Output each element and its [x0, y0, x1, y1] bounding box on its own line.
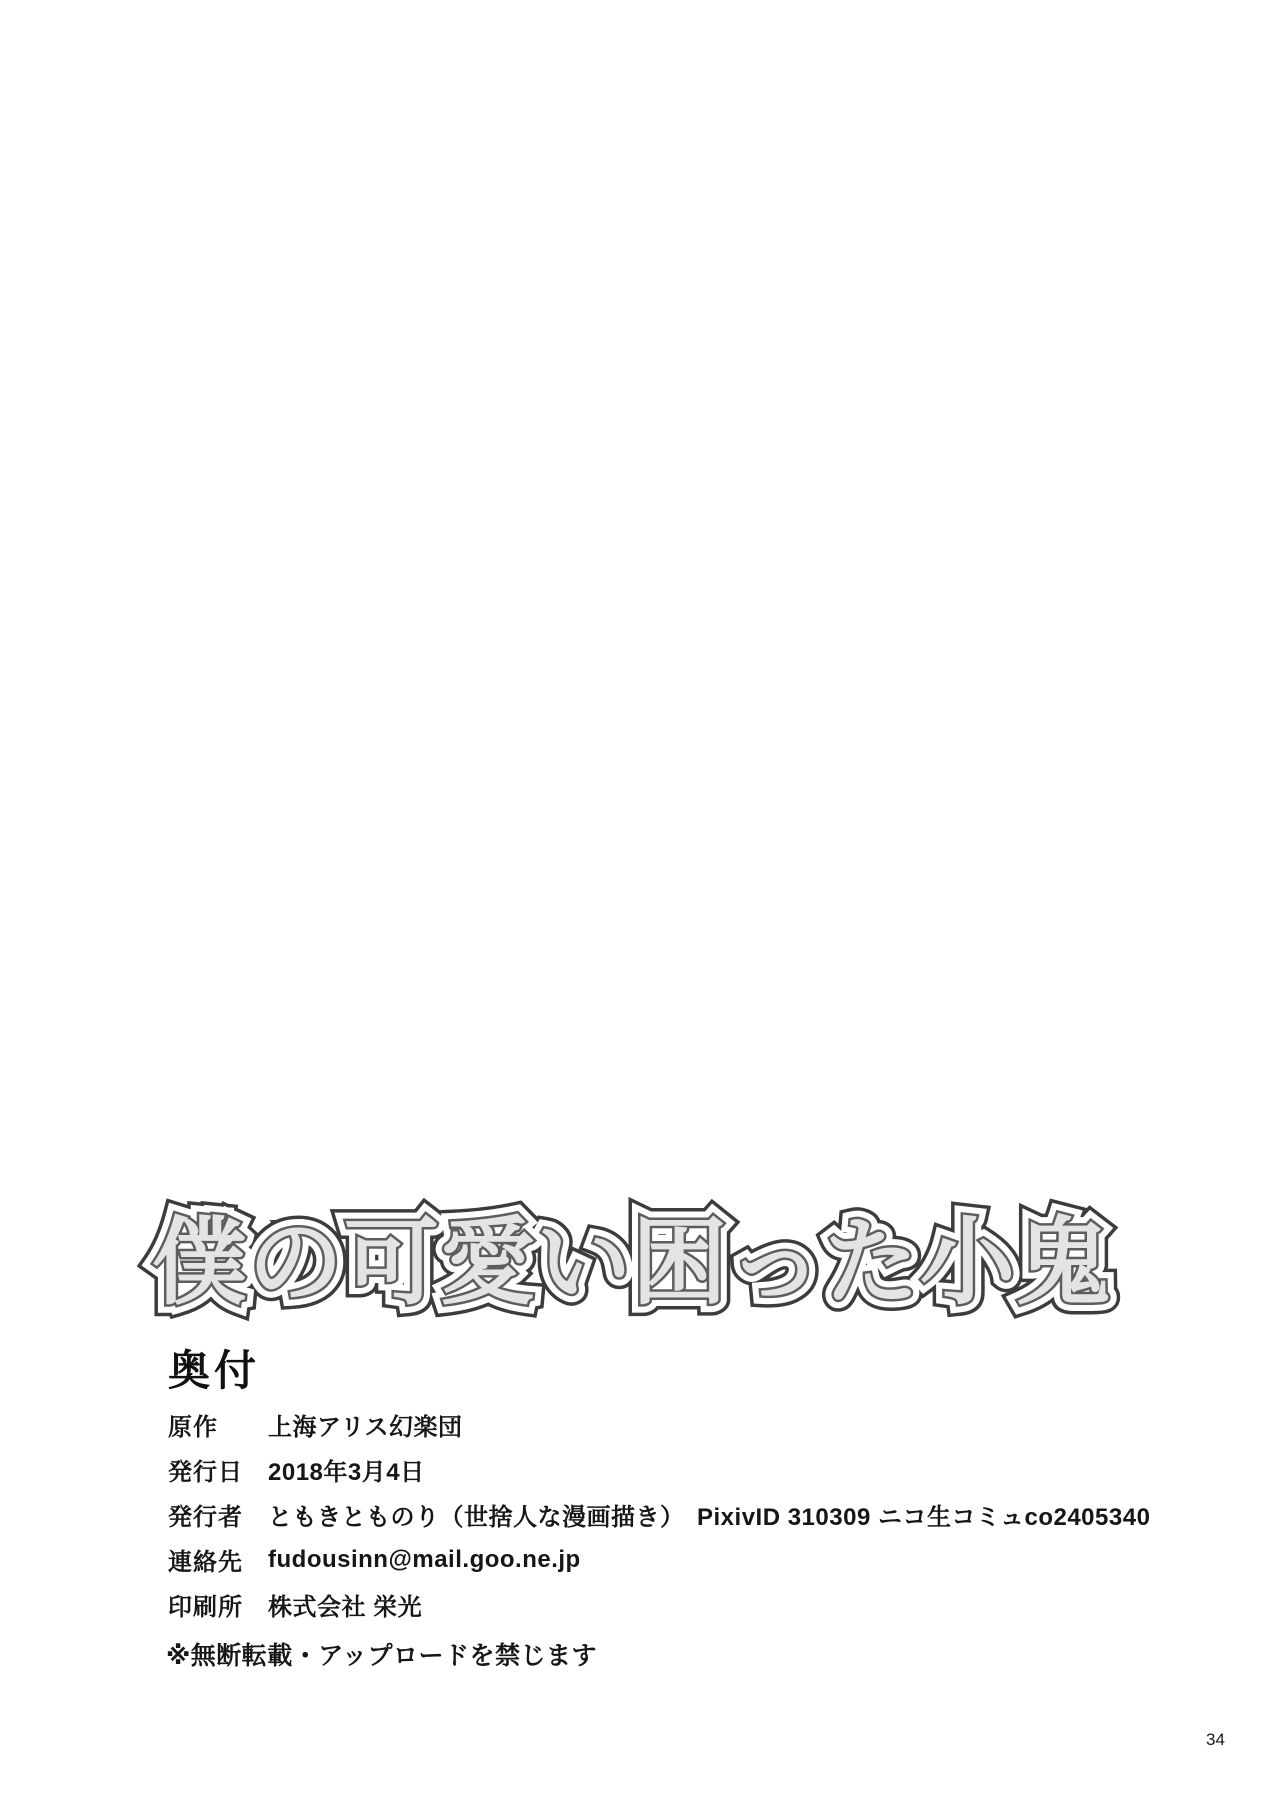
reprint-prohibition-notice: ※無断転載・アップロードを禁じます — [166, 1636, 597, 1672]
colophon-row-value: 株式会社 栄光 — [268, 1587, 422, 1622]
page-number: 34 — [1206, 1730, 1225, 1750]
colophon-heading: 奥付 — [168, 1338, 260, 1398]
colophon-row-value: 2018年3月4日 — [268, 1452, 425, 1487]
colophon-row-label: 発行者 — [168, 1497, 268, 1532]
colophon-row-label: 原作 — [168, 1407, 268, 1442]
scanned-doujinshi-colophon-page: 僕の可愛い困った小鬼 僕の可愛い困った小鬼 僕の可愛い困った小鬼 僕の可愛い困っ… — [0, 0, 1280, 1808]
colophon-row-original-work: 原作 上海アリス幻楽団 — [168, 1402, 1208, 1447]
colophon-row-label: 印刷所 — [168, 1587, 268, 1622]
colophon-row-label: 連絡先 — [168, 1542, 268, 1577]
colophon-rows: 原作 上海アリス幻楽団 発行日 2018年3月4日 発行者 ともきとものり（世捨… — [168, 1402, 1208, 1627]
book-title-logo-fill: 僕の可愛い困った小鬼 — [152, 1208, 1112, 1318]
colophon-row-contact: 連絡先 fudousinn@mail.goo.ne.jp — [168, 1537, 1208, 1582]
colophon-row-value: 上海アリス幻楽団 — [268, 1407, 463, 1442]
colophon-row-publisher: 発行者 ともきとものり（世捨人な漫画描き） PixivID 310309 ニコ生… — [168, 1492, 1208, 1537]
colophon-row-publication-date: 発行日 2018年3月4日 — [168, 1447, 1208, 1492]
colophon-row-value: fudousinn@mail.goo.ne.jp — [268, 1546, 581, 1574]
colophon-row-printer: 印刷所 株式会社 栄光 — [168, 1582, 1208, 1627]
colophon-row-label: 発行日 — [168, 1452, 268, 1487]
colophon-row-value: ともきとものり（世捨人な漫画描き） PixivID 310309 ニコ生コミュc… — [268, 1497, 1150, 1532]
